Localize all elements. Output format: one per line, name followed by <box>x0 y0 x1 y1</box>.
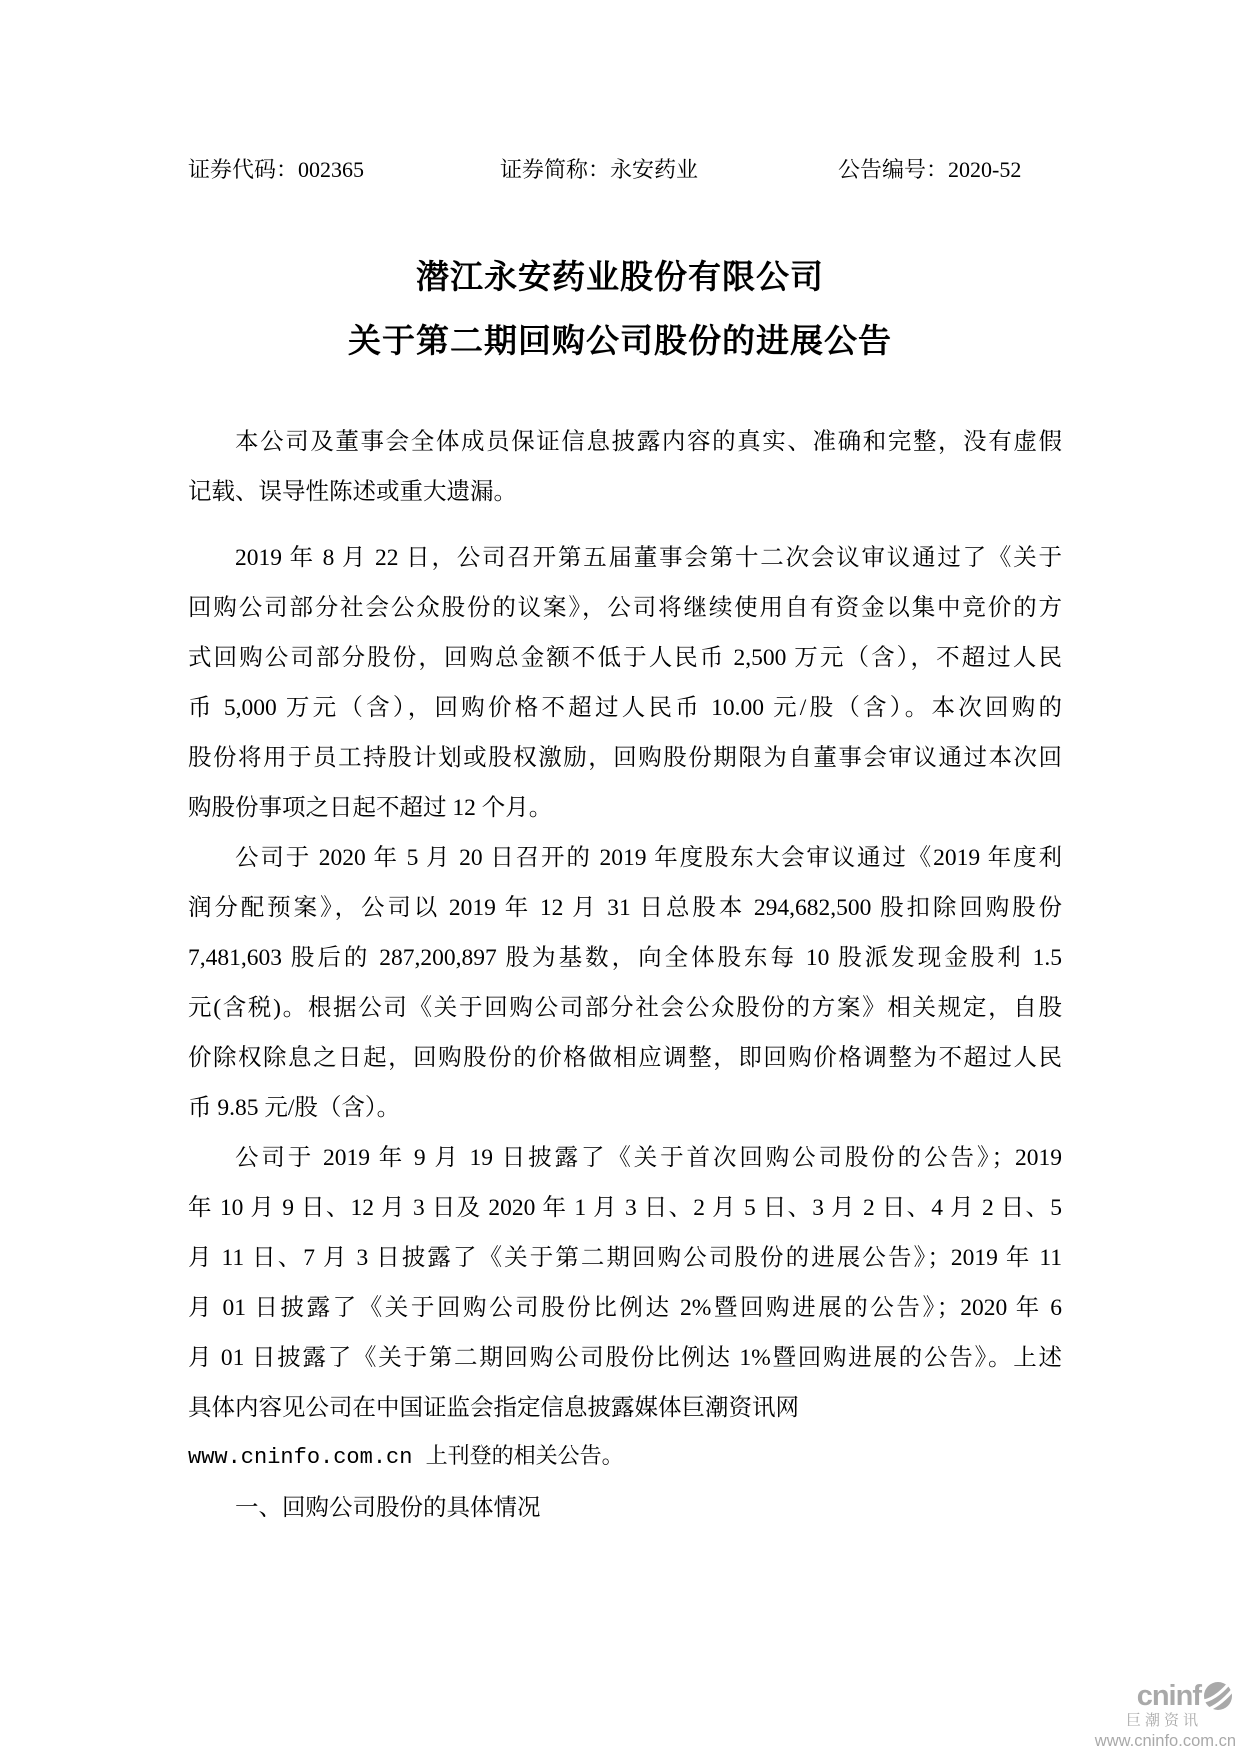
buyback-resolution-paragraph: 2019 年 8 月 22 日，公司召开第五届董事会第十二次会议审议通过了《关于… <box>188 533 1062 833</box>
document-body: 本公司及董事会全体成员保证信息披露内容的真实、准确和完整，没有虚假 记载、误导性… <box>188 417 1062 1533</box>
doc-line: 购股份事项之日起不超过 12 个月。 <box>188 783 1062 833</box>
doc-line-cninfo-url: www.cninfo.com.cn 上刊登的相关公告。 <box>188 1433 1062 1483</box>
doc-line: 7,481,603 股后的 287,200,897 股为基数，向全体股东每 10… <box>188 933 1062 983</box>
doc-line: 币 9.85 元/股（含）。 <box>188 1083 1062 1133</box>
announcement-subject-title: 关于第二期回购公司股份的进展公告 <box>0 309 1240 373</box>
announcement-page: 证券代码：002365 证券简称：永安药业 公告编号：2020-52 潜江永安药… <box>0 0 1240 1754</box>
disclosure-history-paragraph: 公司于 2019 年 9 月 19 日披露了《关于首次回购公司股份的公告》；20… <box>188 1133 1062 1483</box>
doc-line: 币 5,000 万元（含），回购价格不超过人民币 10.00 元/股（含）。本次… <box>188 683 1062 733</box>
company-name-title: 潜江永安药业股份有限公司 <box>0 245 1240 309</box>
document-title: 潜江永安药业股份有限公司 关于第二期回购公司股份的进展公告 <box>0 245 1240 373</box>
doc-line: 元(含税)。根据公司《关于回购公司部分社会公众股份的方案》相关规定，自股 <box>188 983 1062 1033</box>
cninfo-logo: cninf 巨潮资讯 www.cninfo.com.cn <box>1095 1680 1236 1752</box>
doc-line: 式回购公司部分股份，回购总金额不低于人民币 2,500 万元（含），不超过人民 <box>188 633 1062 683</box>
stock-abbr-label: 证券简称：永安药业 <box>500 158 838 182</box>
doc-line: 月 01 日披露了《关于回购公司股份比例达 2%暨回购进展的公告》；2020 年… <box>188 1283 1062 1333</box>
section-1-heading: 一、回购公司股份的具体情况 <box>188 1483 1062 1533</box>
cninfo-wordmark: cninf <box>1137 1681 1201 1711</box>
doc-line: 记载、误导性陈述或重大遗漏。 <box>188 467 1062 517</box>
section-1: 一、回购公司股份的具体情况 <box>188 1483 1062 1533</box>
doc-line: 股份将用于员工持股计划或股权激励，回购股份期限为自董事会审议通过本次回 <box>188 733 1062 783</box>
doc-line: 2019 年 8 月 22 日，公司召开第五届董事会第十二次会议审议通过了《关于 <box>188 533 1062 583</box>
stock-code-label: 证券代码：002365 <box>188 158 500 182</box>
announcement-no-label: 公告编号：2020-52 <box>838 158 1054 182</box>
doc-line: 公司于 2020 年 5 月 20 日召开的 2019 年度股东大会审议通过《2… <box>188 833 1062 883</box>
doc-line: 具体内容见公司在中国证监会指定信息披露媒体巨潮资讯网 <box>188 1383 1062 1433</box>
doc-line: 年 10 月 9 日、12 月 3 日及 2020 年 1 月 3 日、2 月 … <box>188 1183 1062 1233</box>
doc-line: 公司于 2019 年 9 月 19 日披露了《关于首次回购公司股份的公告》；20… <box>188 1133 1062 1183</box>
cninfo-wordmark-row: cninf <box>1095 1680 1236 1711</box>
cninfo-globe-icon <box>1202 1680 1236 1711</box>
doc-line: 月 01 日披露了《关于第二期回购公司股份比例达 1%暨回购进展的公告》。上述 <box>188 1333 1062 1383</box>
doc-line: 润分配预案》，公司以 2019 年 12 月 31 日总股本 294,682,5… <box>188 883 1062 933</box>
doc-line: 月 11 日、7 月 3 日披露了《关于第二期回购公司股份的进展公告》；2019… <box>188 1233 1062 1283</box>
doc-line: 价除权除息之日起，回购股份的价格做相应调整，即回购价格调整为不超过人民 <box>188 1033 1062 1083</box>
doc-line: 本公司及董事会全体成员保证信息披露内容的真实、准确和完整，没有虚假 <box>188 417 1062 467</box>
document-header: 证券代码：002365 证券简称：永安药业 公告编号：2020-52 <box>188 158 1054 182</box>
doc-line: 回购公司部分社会公众股份的议案》，公司将继续使用自有资金以集中竞价的方 <box>188 583 1062 633</box>
disclaimer-paragraph: 本公司及董事会全体成员保证信息披露内容的真实、准确和完整，没有虚假 记载、误导性… <box>188 417 1062 517</box>
cninfo-url: www.cninfo.com.cn <box>1095 1731 1236 1752</box>
cninfo-name-cn: 巨潮资讯 <box>1095 1711 1202 1731</box>
dividend-adjustment-paragraph: 公司于 2020 年 5 月 20 日召开的 2019 年度股东大会审议通过《2… <box>188 833 1062 1133</box>
